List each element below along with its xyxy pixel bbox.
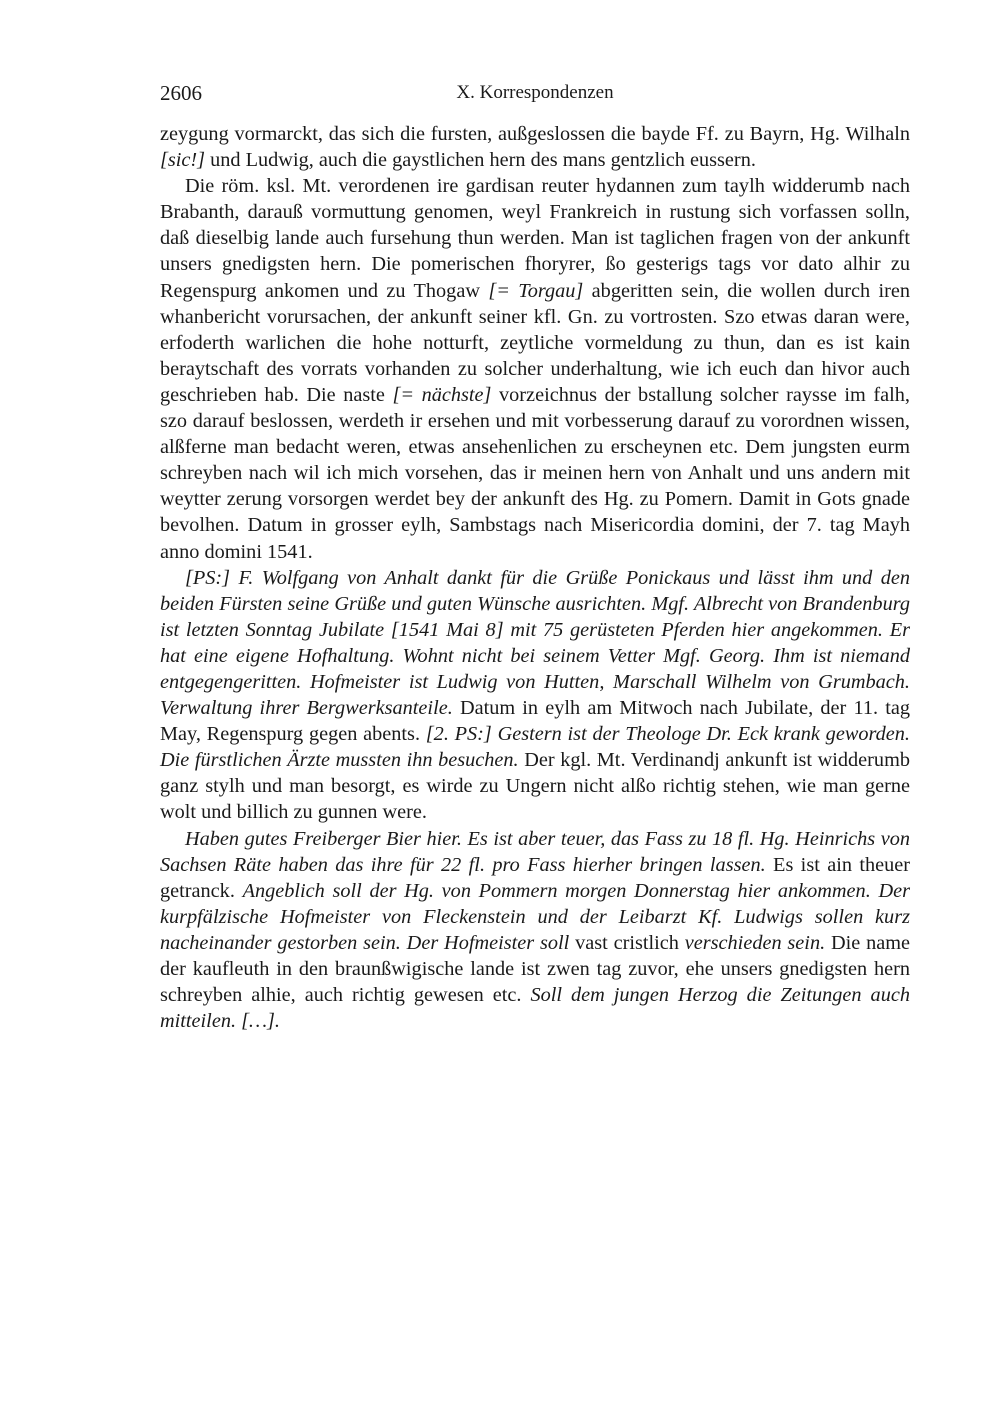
body-text: zeygung vormarckt, das sich die fursten,… <box>160 121 910 1034</box>
text-segment: vorzeichnus der bstallung solcher raysse… <box>160 384 910 563</box>
text-segment: vast cristlich <box>569 932 684 954</box>
paragraph-1: zeygung vormarckt, das sich die fursten,… <box>160 121 910 173</box>
paragraph-2: Die röm. ksl. Mt. verordenen ire gardisa… <box>160 173 910 564</box>
editorial-note: [= nächste] <box>392 384 491 406</box>
summary-segment: verschieden sein. <box>685 932 825 954</box>
running-title: X. Korrespondenzen <box>160 80 910 106</box>
editorial-note: [sic!] <box>160 149 205 171</box>
page-header: 2606 X. Korrespondenzen <box>160 80 910 106</box>
text-segment: und Ludwig, auch die gaystlichen hern de… <box>205 149 756 171</box>
editorial-note: [= Torgau] <box>488 280 583 302</box>
text-segment: zeygung vormarckt, das sich die fursten,… <box>160 123 910 145</box>
paragraph-3-postscript: [PS:] F. Wolfgang von Anhalt dankt für d… <box>160 565 910 826</box>
paragraph-4: Haben gutes Freiberger Bier hier. Es ist… <box>160 826 910 1035</box>
